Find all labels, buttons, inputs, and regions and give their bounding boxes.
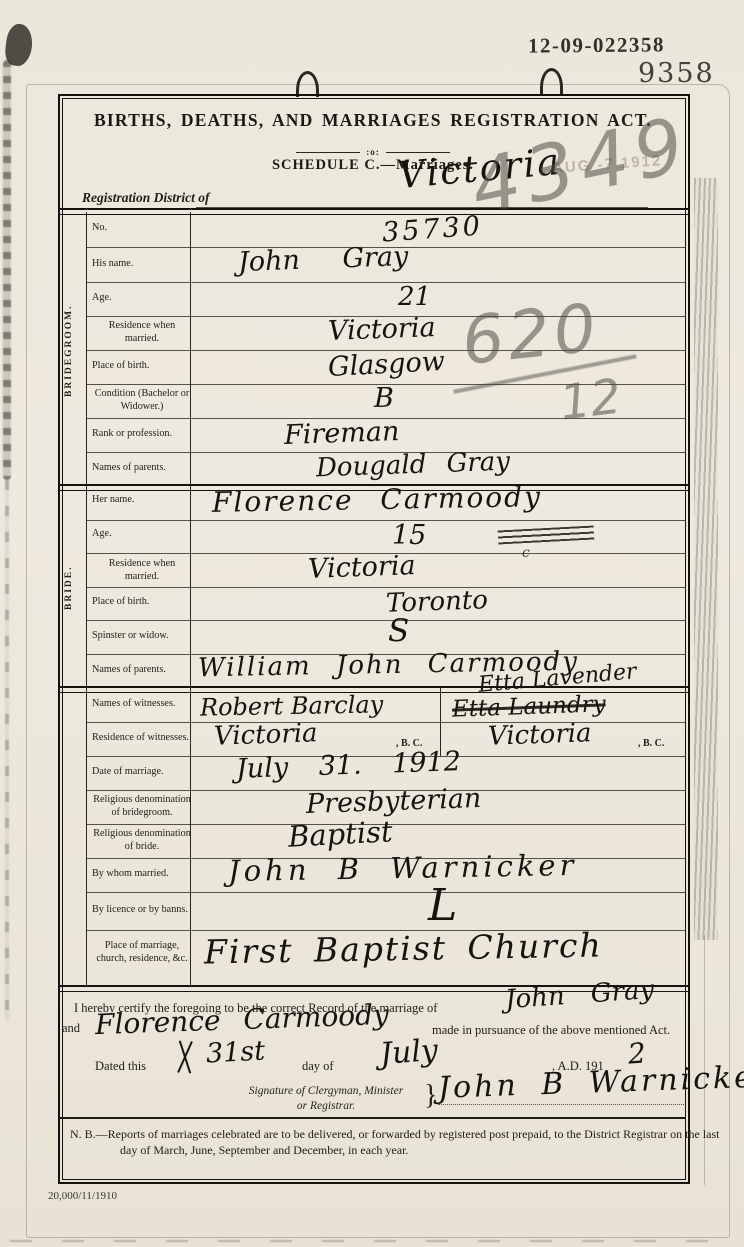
field-label: Names of parents. — [92, 664, 192, 677]
scan-edge-smudge — [3, 60, 11, 480]
field-value: Fireman — [284, 418, 400, 449]
print-code: 20,000/11/1910 — [48, 1190, 117, 1202]
signature-brace: } — [424, 1080, 437, 1112]
witness1-name: Robert Barclay — [200, 692, 384, 719]
dated-this-label: Dated this — [95, 1059, 146, 1074]
field-label: Age. — [92, 528, 192, 541]
witness1-residence: Victoria — [214, 720, 318, 750]
field-label: Date of marriage. — [92, 766, 192, 779]
rule-line — [86, 620, 686, 621]
footer-rule — [60, 1117, 686, 1119]
rule-line — [86, 892, 686, 893]
field-label: By licence or by banns. — [92, 904, 192, 917]
field-label: Names of parents. — [92, 462, 192, 475]
field-label: His name. — [92, 258, 192, 271]
dated-day-value: 31st — [205, 1037, 265, 1067]
scan-shadow-band — [694, 178, 718, 940]
strike-mark — [172, 1040, 198, 1074]
residence-suffix: , B. C. — [638, 738, 664, 749]
registration-district-label: Registration District of — [82, 190, 210, 206]
field-label: Place of marriage, church, residence, &c… — [92, 940, 192, 966]
field-value: 21 — [398, 284, 431, 310]
field-value: Victoria — [308, 552, 416, 583]
field-label: Religious denomination of bride. — [92, 828, 192, 854]
field-value: 15 — [392, 522, 426, 549]
field-value: Glasgow — [327, 348, 445, 381]
document-number: 9358 — [638, 58, 715, 89]
marriage-date-value: July 31. 1912 — [236, 748, 462, 783]
licence-or-banns-value: L — [428, 884, 457, 928]
field-label: Age. — [92, 292, 192, 305]
denom-bride-value: Baptist — [287, 817, 393, 851]
field-label: Residence when married. — [92, 320, 192, 346]
punch-hole-mark-icon — [540, 68, 563, 94]
field-label: Rank or profession. — [92, 428, 192, 441]
rule-line — [86, 520, 686, 521]
denom-groom-value: Presbyterian — [306, 785, 482, 818]
bridegroom-group-label: BRIDEGROOM. — [64, 238, 82, 463]
dated-month-value: July — [379, 1036, 439, 1070]
field-value: S — [388, 616, 409, 647]
field-label: Spinster or widow. — [92, 630, 192, 643]
scan-edge-smudge — [5, 480, 9, 1020]
day-of-label: day of — [302, 1059, 334, 1074]
age-annotation: c — [522, 546, 530, 560]
rule-line — [86, 282, 686, 283]
field-value: B — [374, 385, 394, 412]
field-value: Florence Carmoody — [212, 483, 542, 517]
field-label: Place of birth. — [92, 596, 192, 609]
field-value: Dougald Gray — [316, 449, 511, 482]
divider-line — [296, 152, 360, 153]
nb-footnote: N. B.—Reports of marriages celebrated ar… — [70, 1126, 726, 1158]
divider-glyph: :o: — [366, 147, 380, 157]
place-of-marriage-value: First Baptist Church — [204, 929, 603, 969]
field-label: Residence when married. — [92, 558, 192, 584]
witness2-name-struck: Etta Laundry — [452, 693, 606, 721]
certify-and-label: and — [62, 1021, 80, 1036]
file-number-stamp: 12-09-022358 — [528, 32, 665, 58]
field-value: John Gray — [238, 243, 409, 276]
field-label: Residence of witnesses. — [92, 732, 192, 745]
field-label: Names of witnesses. — [92, 698, 192, 711]
certify-line2: made in pursuance of the above mentioned… — [432, 1023, 670, 1038]
rule-line — [86, 722, 686, 723]
field-label: By whom married. — [92, 868, 192, 881]
scan-noise-line — [10, 1240, 730, 1242]
field-label: Her name. — [92, 494, 192, 507]
section-divider — [58, 208, 688, 215]
bride-group-label: BRIDE. — [64, 515, 82, 660]
signature-label-line1: Signature of Clergyman, Minister — [249, 1085, 403, 1097]
signature-label: Signature of Clergyman, Minister or Regi… — [228, 1084, 424, 1114]
field-label: Condition (Bachelor or Widower.) — [92, 388, 192, 414]
pencil-annotation-620: 620 — [459, 295, 603, 375]
field-value: Victoria — [328, 314, 436, 345]
by-whom-married-value: John B Warnicker — [228, 851, 578, 886]
scanned-marriage-certificate: 12-09-022358 9358 BIRTHS, DEATHS, AND MA… — [0, 0, 744, 1247]
field-label: Religious denomination of bridegroom. — [92, 794, 192, 820]
column-rule — [86, 212, 87, 985]
witness2-residence: Victoria — [488, 720, 592, 750]
signature-label-line2: or Registrar. — [297, 1100, 355, 1112]
field-label: No. — [92, 222, 192, 235]
field-label: Place of birth. — [92, 360, 192, 373]
pencil-annotation-12: 12 — [557, 372, 623, 427]
